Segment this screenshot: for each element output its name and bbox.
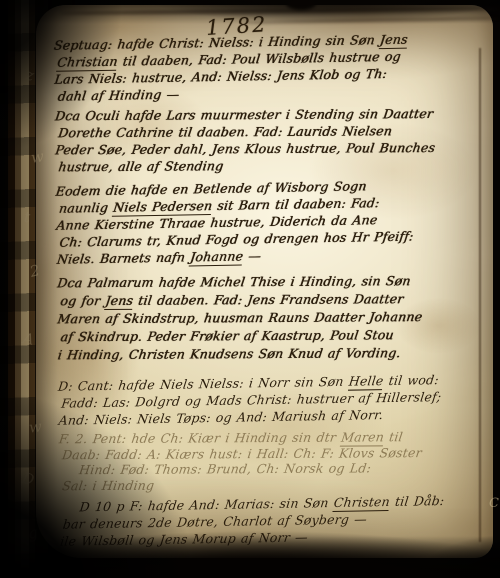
handwriting-segment: Maren af Skindstrup, huusman Rauns Daatt… [57,309,424,326]
handwriting-segment: Hind: Fød: Thoms: Brund, Ch: Norsk og Ld… [78,460,372,477]
manuscript-line: hustrue, alle af Stending [57,156,486,176]
handwriting-segment: til Dåb: [389,493,445,509]
underlined-name: Christen [333,494,391,512]
handwriting-segment: sit Barn til daaben: Fad: [211,195,380,213]
handwriting-segment: til [383,429,404,444]
edge-mark: C [489,496,499,511]
handwriting-segment: Niels. Barnets nafn [56,249,191,266]
handwriting-segment: af Skindrup. Peder Frøkier af Kaastrup, … [60,327,395,344]
handwriting-segment: Sal: i Hinding [61,477,155,493]
register-entry: D 10 p F: hafde And: Marias: sin Søn Chr… [60,491,491,549]
underlined-name: Helle [348,373,385,390]
register-entry: Dca Oculi hafde Lars muurmester i Stendi… [55,105,485,176]
manuscript-text: 1782 Septuag: hafde Christ: Nielss: i Hi… [54,9,491,553]
handwriting-segment: og for [59,293,106,308]
handwriting-segment: F. 2. Pent: hde Ch: Kiær i Hinding sin d… [58,430,342,447]
handwriting-segment: ile Wilsbøll og Jens Morup af Norr — [59,529,309,548]
manuscript-line: i Hinding, Christen Knudsens Søn Knud af… [56,344,488,365]
underlined-name: Jens [104,293,134,310]
handwriting-segment: Dca Palmarum hafde Michel Thise i Hindin… [56,273,411,290]
register-entries: Septuag: hafde Christ: Nielss: i Hinding… [54,30,490,548]
handwriting-segment: til daaben. Fad: Jens Frandsens Daatter [132,291,404,308]
handwriting-segment: Daab: Fadd: A: Kiærs hust: i Hall: Ch: F… [61,445,423,462]
handwriting-segment: i Hinding, Christen Knudsens Søn Knud af… [57,345,402,362]
handwriting-segment: til wod: [383,372,440,388]
register-entry: D: Cant: hafde Niels Nielss: i Norr sin … [58,370,489,428]
handwriting-segment: hustrue, alle af Stending [57,158,224,174]
underlined-name: Maren [340,429,385,446]
handwriting-segment: Peder Søe, Peder dahl, Jens Klous hustru… [54,140,436,157]
register-entry: Eodem die hafde en Betlende af Wisborg S… [56,175,487,267]
underlined-name: Johanne [189,248,244,265]
handwriting-segment: Dorethe Cathrine til daaben. Fad: Laurid… [57,123,393,140]
underlined-name: Christian [56,54,118,72]
register-entry: Dca Palmarum hafde Michel Thise i Hindin… [57,272,488,365]
underlined-name: Jens [379,32,409,49]
manuscript-scan: zwt2AwDg 1782 Septuag: hafde Christ: Nie… [0,0,500,578]
manuscript-line: Sal: i Hinding [61,475,490,493]
register-entry: Septuag: hafde Christ: Nielss: i Hinding… [54,29,485,104]
handwriting-segment: And: Niels: Niels Tøps: og And: Mariush … [58,407,384,428]
register-entry: F. 2. Pent: hde Ch: Kiær i Hinding sin d… [59,429,489,494]
handwriting-segment: Dca Oculi hafde Lars muurmester i Stendi… [54,106,434,123]
handwriting-segment: naunlig [58,200,114,216]
manuscript-line: Hind: Fød: Thoms: Brund, Ch: Norsk og Ld… [78,460,490,478]
handwriting-segment: — [242,248,262,263]
handwriting-segment: dahl af Hinding — [57,87,180,104]
